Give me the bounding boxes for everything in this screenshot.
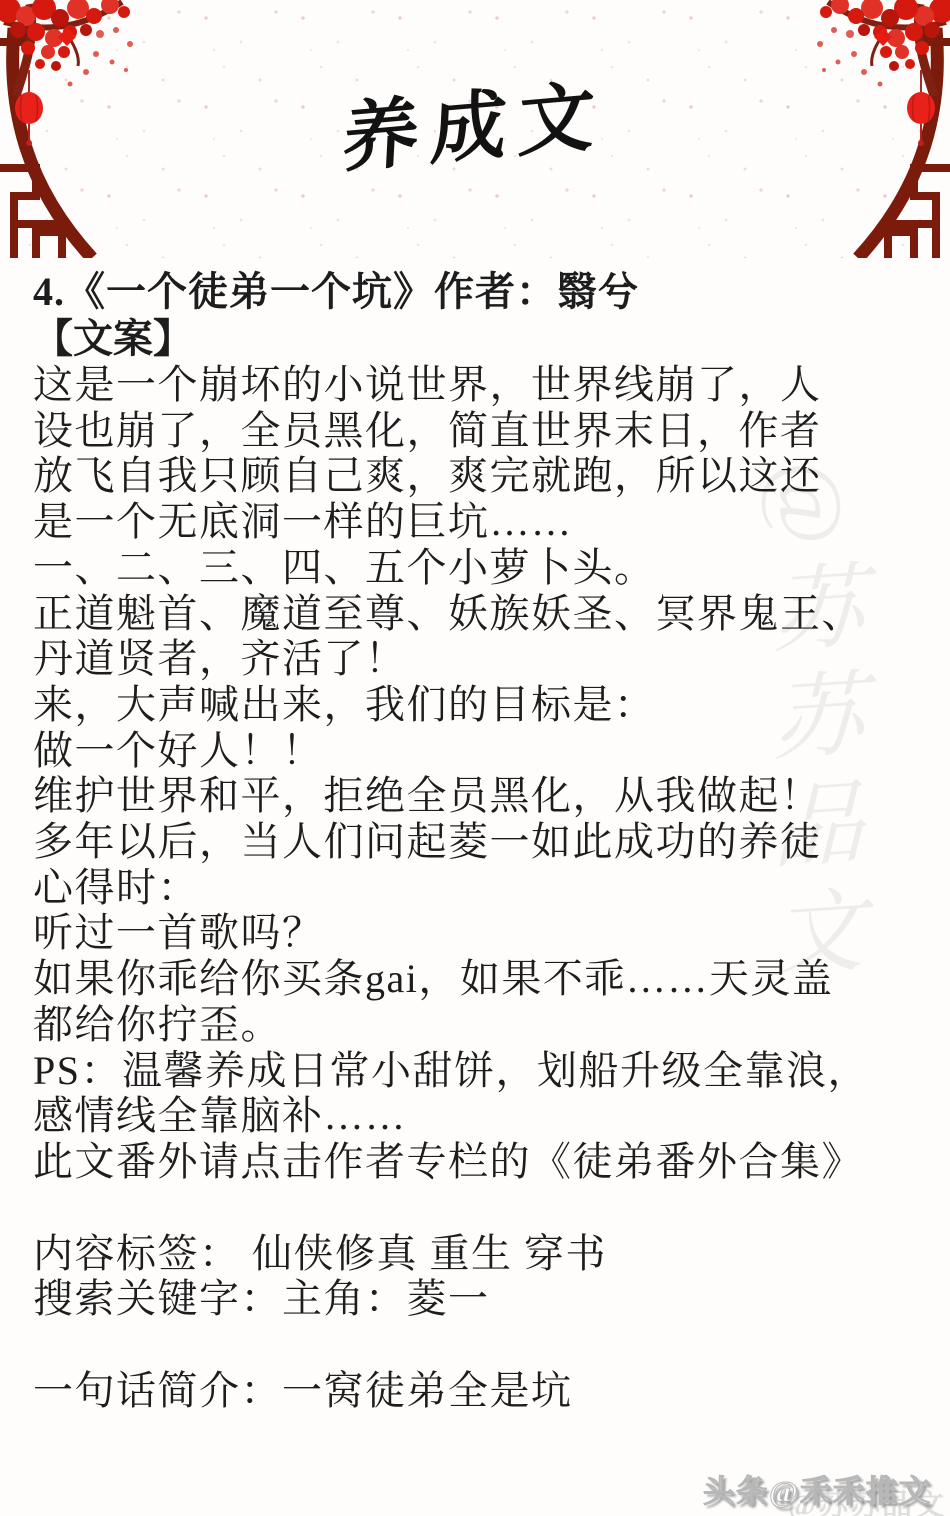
banner-title: 养成文: [341, 54, 610, 187]
page: 养成文 @苏苏品文 4.《一个徒弟一个坑》作者：翳兮 【文案】 这是一个崩坏的小…: [0, 0, 950, 1516]
article-heading: 4.《一个徒弟一个坑》作者：翳兮: [33, 268, 926, 316]
text-line: 丹道贤者，齐活了！: [33, 636, 926, 682]
text-line: 设也崩了，全员黑化，简直世界末日，作者: [33, 408, 926, 454]
text-line: 是一个无底洞一样的巨坑……: [33, 499, 926, 545]
text-line: 维护世界和平，拒绝全员黑化，从我做起！: [33, 773, 926, 819]
summary-line: 一句话简介：一窝徒弟全是坑: [33, 1368, 926, 1414]
text-line: 放飞自我只顾自己爽，爽完就跑，所以这还: [33, 453, 926, 499]
meta-block: 内容标签： 仙侠修真 重生 穿书搜索关键字：主角：菱一: [33, 1231, 926, 1322]
text-line: 感情线全靠脑补……: [33, 1093, 926, 1139]
watermark-primary: 头条@禾禾推文: [703, 1466, 932, 1511]
text-line: 搜索关键字：主角：菱一: [33, 1276, 926, 1322]
text-line: 如果你乖给你买条gai，如果不乖……天灵盖: [33, 956, 926, 1002]
article-body: 这是一个崩坏的小说世界，世界线崩了，人设也崩了，全员黑化，简直世界末日，作者放飞…: [33, 362, 926, 1185]
text-line: PS：温馨养成日常小甜饼，划船升级全靠浪，: [33, 1048, 926, 1094]
bottom-watermark: @苏苏品文 头条@禾禾推文: [644, 1466, 944, 1510]
text-line: 来，大声喊出来，我们的目标是：: [33, 682, 926, 728]
section-label: 【文案】: [33, 316, 926, 362]
decorative-header-band: 养成文: [0, 0, 950, 258]
article: 4.《一个徒弟一个坑》作者：翳兮 【文案】 这是一个崩坏的小说世界，世界线崩了，…: [33, 268, 926, 1414]
text-line: 一、二、三、四、五个小萝卜头。: [33, 545, 926, 591]
text-line: 听过一首歌吗？: [33, 910, 926, 956]
text-line: 多年以后，当人们问起菱一如此成功的养徒: [33, 819, 926, 865]
plum-blossom-lantern-corner-left-icon: [0, 0, 240, 258]
text-line: 此文番外请点击作者专栏的《徒弟番外合集》: [33, 1139, 926, 1185]
plum-blossom-lantern-corner-right-icon: [710, 0, 950, 258]
text-line: 做一个好人！！: [33, 728, 926, 774]
text-line: 正道魁首、魔道至尊、妖族妖圣、冥界鬼王、: [33, 591, 926, 637]
text-line: 内容标签： 仙侠修真 重生 穿书: [33, 1231, 926, 1277]
text-line: 都给你拧歪。: [33, 1002, 926, 1048]
text-line: 心得时：: [33, 865, 926, 911]
text-line: 这是一个崩坏的小说世界，世界线崩了，人: [33, 362, 926, 408]
